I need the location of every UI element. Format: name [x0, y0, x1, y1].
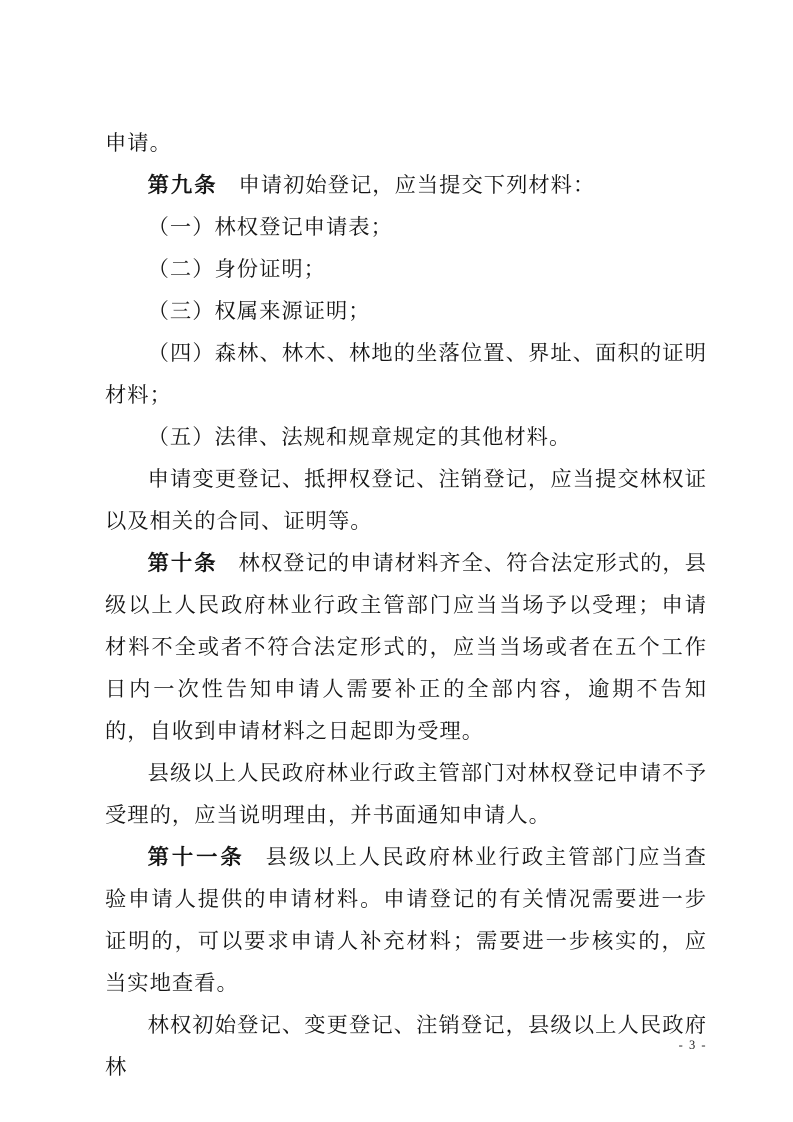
paragraph-text: 林权初始登记、变更登记、注销登记，县级以上人民政府林 [105, 1013, 707, 1079]
paragraph-text: （四）森林、林木、林地的坐落位置、界址、面积的证明材料； [105, 341, 707, 407]
document-page: 申请。第九条申请初始登记，应当提交下列材料：（一）林权登记申请表；（二）身份证明… [0, 0, 793, 1122]
paragraph: （二）身份证明； [105, 248, 707, 290]
paragraph-text: （五）法律、法规和规章规定的其他材料。 [148, 425, 572, 449]
paragraph-text: 申请初始登记，应当提交下列材料： [239, 173, 596, 197]
paragraph: 林权初始登记、变更登记、注销登记，县级以上人民政府林 [105, 1004, 707, 1088]
paragraph-text: （三）权属来源证明； [148, 299, 371, 323]
article-number-label: 第十条 [148, 551, 218, 575]
paragraph: （四）森林、林木、林地的坐落位置、界址、面积的证明材料； [105, 332, 707, 416]
paragraph-text: （一）林权登记申请表； [148, 215, 393, 239]
article-number-label: 第十一条 [148, 845, 245, 869]
paragraph: （三）权属来源证明； [105, 290, 707, 332]
paragraph: （五）法律、法规和规章规定的其他材料。 [105, 416, 707, 458]
document-body: 申请。第九条申请初始登记，应当提交下列材料：（一）林权登记申请表；（二）身份证明… [105, 122, 707, 1088]
page-footer: - 3 - [679, 1036, 707, 1054]
paragraph-text: 申请。 [105, 131, 172, 155]
paragraph: 申请。 [105, 122, 707, 164]
paragraph-text: 林权登记的申请材料齐全、符合法定形式的，县级以上人民政府林业行政主管部门应当当场… [105, 551, 707, 743]
paragraph: 申请变更登记、抵押权登记、注销登记，应当提交林权证以及相关的合同、证明等。 [105, 458, 707, 542]
paragraph-text: 县级以上人民政府林业行政主管部门对林权登记申请不予受理的，应当说明理由，并书面通… [105, 761, 707, 827]
paragraph: 县级以上人民政府林业行政主管部门对林权登记申请不予受理的，应当说明理由，并书面通… [105, 752, 707, 836]
article-paragraph: 第十一条县级以上人民政府林业行政主管部门应当查验申请人提供的申请材料。申请登记的… [105, 836, 707, 1004]
paragraph: （一）林权登记申请表； [105, 206, 707, 248]
article-number-label: 第九条 [148, 173, 218, 197]
article-paragraph: 第十条林权登记的申请材料齐全、符合法定形式的，县级以上人民政府林业行政主管部门应… [105, 542, 707, 752]
page-number: - 3 - [679, 1038, 707, 1052]
paragraph-text: （二）身份证明； [148, 257, 326, 281]
article-paragraph: 第九条申请初始登记，应当提交下列材料： [105, 164, 707, 206]
paragraph-text: 申请变更登记、抵押权登记、注销登记，应当提交林权证以及相关的合同、证明等。 [105, 467, 707, 533]
